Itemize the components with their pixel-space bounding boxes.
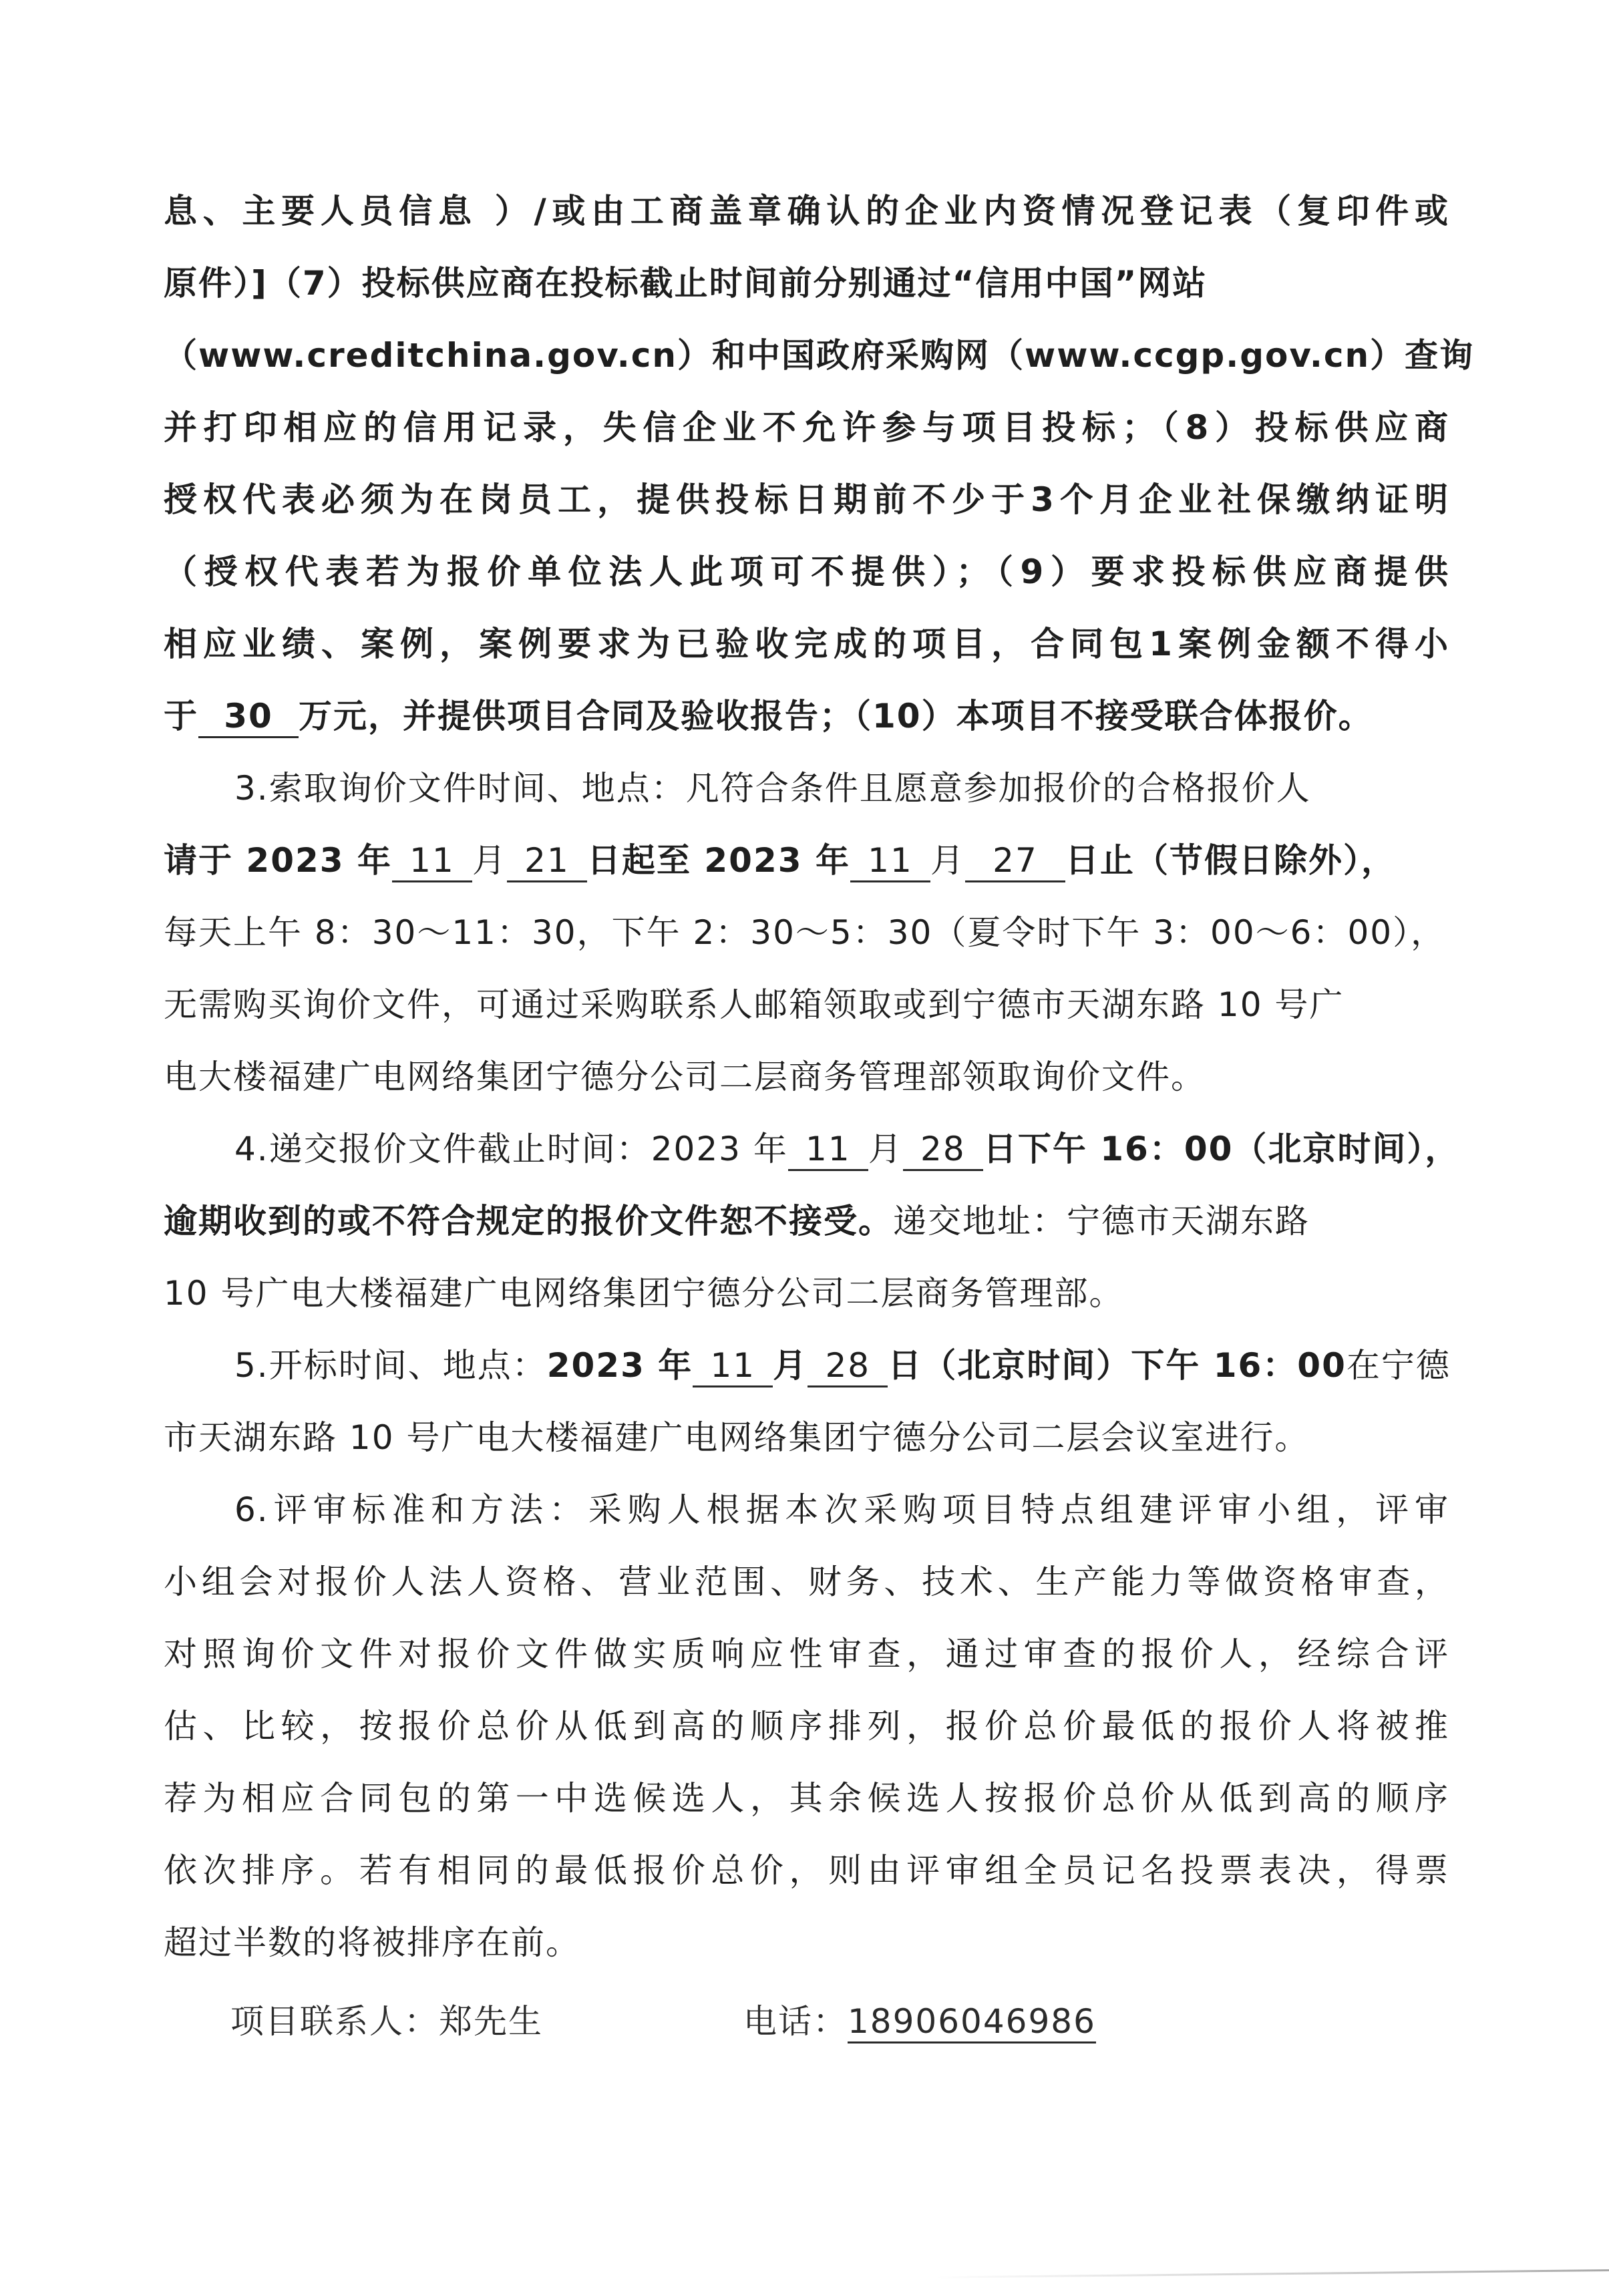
text-segment: 日下午 16：00（北京时间）， <box>983 1130 1460 1168</box>
text-line: 逾期收到的或不符合规定的报价文件恕不接受。递交地址：宁德市天湖东路 <box>164 1185 1449 1257</box>
section-6-evaluation-method: 6.评审标准和方法：采购人根据本次采购项目特点组建评审小组，评审 小组会对报价人… <box>164 1474 1449 1979</box>
section-4-submission-deadline: 4.递交报价文件截止时间：2023 年11月28日下午 16：00（北京时间），… <box>164 1113 1449 1329</box>
section-heading-line: 6.评审标准和方法：采购人根据本次采购项目特点组建评审小组，评审 <box>164 1474 1449 1546</box>
text-line: 无需购买询价文件，可通过采购联系人邮箱领取或到宁德市天湖东路 10 号广 <box>164 969 1449 1041</box>
section-3-document-collection: 3.索取询价文件时间、地点：凡符合条件且愿意参加报价的合格报价人 请于 2023… <box>164 752 1449 1113</box>
text-line: 对照询价文件对报价文件做实质响应性审查，通过审查的报价人，经综合评 <box>164 1618 1449 1690</box>
end-day: 27 <box>965 840 1065 882</box>
text-line: 相应业绩、案例，案例要求为已验收完成的项目，合同包1案例金额不得小 <box>164 608 1449 680</box>
project-contact: 项目联系人：郑先生电话：18906046986 <box>164 1985 1449 2058</box>
deadline-month: 11 <box>788 1129 868 1171</box>
start-month: 11 <box>392 840 472 882</box>
text-line: 请于 2023 年11月21日起至 2023 年11月27日止（节假日除外）， <box>164 824 1449 896</box>
text-segment: 于 <box>164 697 198 735</box>
text-line: 并打印相应的信用记录，失信企业不允许参与项目投标；（8）投标供应商 <box>164 391 1449 464</box>
phone-number: 18906046986 <box>848 2001 1096 2043</box>
text-line: 市天湖东路 10 号广电大楼福建广电网络集团宁德分公司二层会议室进行。 <box>164 1402 1449 1474</box>
text-segment: 递交地址：宁德市天湖东路 <box>893 1202 1310 1241</box>
section-5-bid-opening: 5.开标时间、地点：2023 年11月28日（北京时间）下午 16：00在宁德 … <box>164 1329 1449 1474</box>
text-segment: 在宁德 <box>1347 1346 1451 1385</box>
deadline-day: 28 <box>903 1129 983 1171</box>
text-line: 息、主要人员信息 ）/或由工商盖章确认的企业内资情况登记表（复印件或 <box>164 175 1449 247</box>
text-line: （授权代表若为报价单位法人此项可不提供）；（9）要求投标供应商提供 <box>164 536 1449 608</box>
text-line: 原件）]（7）投标供应商在投标截止时间前分别通过“信用中国”网站 <box>164 247 1449 319</box>
text-line: 每天上午 8：30～11：30，下午 2：30～5：30（夏令时下午 3：00～… <box>164 896 1449 969</box>
text-segment: 日（北京时间）下午 16：00 <box>888 1346 1347 1385</box>
text-line: 荐为相应合同包的第一中选候选人，其余候选人按报价总价从低到高的顺序 <box>164 1762 1449 1834</box>
min-case-amount: 30 <box>198 696 299 738</box>
text-segment: 日起至 2023 年 <box>587 841 850 880</box>
text-segment: 月 <box>868 1130 903 1168</box>
section-heading-line: 4.递交报价文件截止时间：2023 年11月28日下午 16：00（北京时间）， <box>164 1113 1449 1185</box>
opening-day: 28 <box>808 1345 888 1387</box>
start-day: 21 <box>507 840 587 882</box>
contact-person-name: 郑先生 <box>439 2002 543 2041</box>
text-line: 小组会对报价人法人资格、营业范围、财务、技术、生产能力等做资格审查， <box>164 1546 1449 1618</box>
text-line: 超过半数的将被排序在前。 <box>164 1907 1449 1979</box>
qualification-requirements-paragraph: 息、主要人员信息 ）/或由工商盖章确认的企业内资情况登记表（复印件或 原件）]（… <box>164 175 1449 752</box>
document-page: 息、主要人员信息 ）/或由工商盖章确认的企业内资情况登记表（复印件或 原件）]（… <box>164 175 1449 2058</box>
text-line: 授权代表必须为在岗员工，提供投标日期前不少于3个月企业社保缴纳证明 <box>164 464 1449 536</box>
contact-person-label: 项目联系人： <box>230 2002 439 2041</box>
text-segment: 月 <box>930 841 965 880</box>
text-line: 电大楼福建广电网络集团宁德分公司二层商务管理部领取询价文件。 <box>164 1041 1449 1113</box>
opening-month: 11 <box>693 1345 773 1387</box>
text-line: （www.creditchina.gov.cn）和中国政府采购网（www.ccg… <box>164 319 1449 391</box>
text-segment: 万元，并提供项目合同及验收报告；（10）本项目不接受联合体报价。 <box>299 697 1373 735</box>
text-segment: 月 <box>472 841 507 880</box>
text-segment: 2023 年 <box>547 1346 693 1385</box>
late-submission-warning: 逾期收到的或不符合规定的报价文件恕不接受。 <box>164 1202 893 1241</box>
text-line: 估、比较，按报价总价从低到高的顺序排列，报价总价最低的报价人将被推 <box>164 1690 1449 1762</box>
text-segment: 日止（节假日除外）， <box>1065 841 1396 880</box>
text-line: 10 号广电大楼福建广电网络集团宁德分公司二层商务管理部。 <box>164 1257 1449 1329</box>
section-heading-line: 3.索取询价文件时间、地点：凡符合条件且愿意参加报价的合格报价人 <box>164 752 1449 824</box>
text-segment: 4.递交报价文件截止时间：2023 年 <box>234 1130 788 1168</box>
text-segment: 月 <box>773 1346 808 1385</box>
phone-label: 电话： <box>743 2002 848 2041</box>
text-segment: 请于 2023 年 <box>164 841 392 880</box>
scan-edge-artifact <box>935 2269 1609 2279</box>
section-heading-line: 5.开标时间、地点：2023 年11月28日（北京时间）下午 16：00在宁德 <box>164 1329 1449 1402</box>
text-line: 于30万元，并提供项目合同及验收报告；（10）本项目不接受联合体报价。 <box>164 680 1449 752</box>
text-line: 依次排序。若有相同的最低报价总价，则由评审组全员记名投票表决，得票 <box>164 1834 1449 1907</box>
text-segment: 5.开标时间、地点： <box>234 1346 547 1385</box>
end-month: 11 <box>850 840 930 882</box>
